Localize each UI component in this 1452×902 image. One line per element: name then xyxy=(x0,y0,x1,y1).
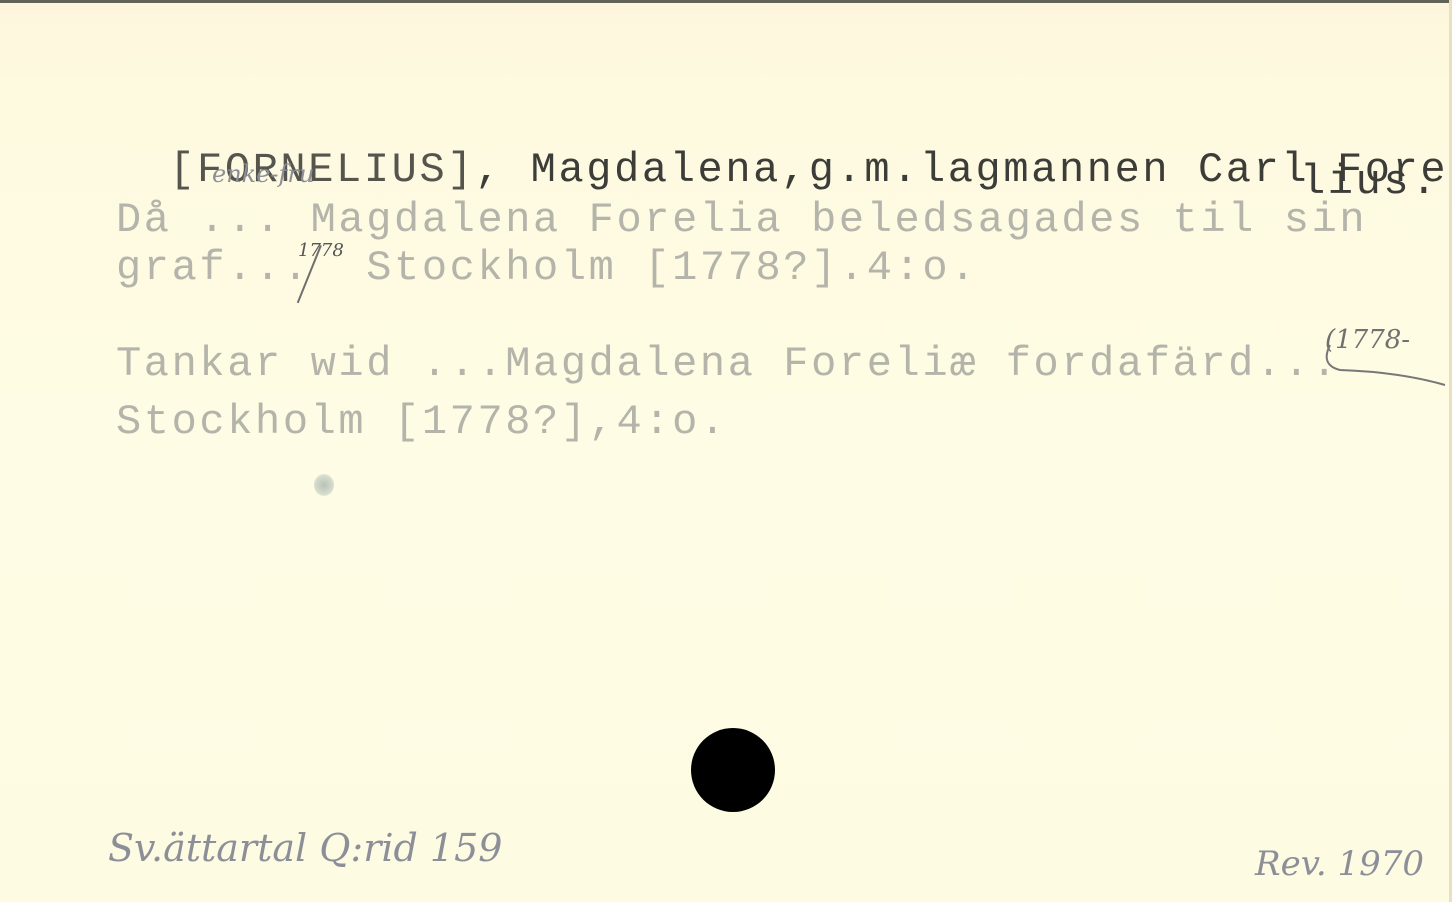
card-top-edge xyxy=(0,0,1452,3)
entry-1-line-1: Då ... Magdalena Forelia beledsagades ti… xyxy=(116,196,1367,244)
ink-smudge xyxy=(314,474,334,496)
handwritten-curve-mark xyxy=(1320,340,1450,390)
entry-1-line-2: graf... Stockholm [1778?].4:o. xyxy=(116,244,978,292)
footer-reference-note: Sv.ättartal Q:rid 159 xyxy=(108,826,502,870)
entry-2-line-2: Stockholm [1778?],4:o. xyxy=(116,398,728,446)
handwritten-date-1778: 1778 xyxy=(298,240,344,261)
entry-2-line-1: Tankar wid ...Magdalena Foreliæ fordafär… xyxy=(116,340,1339,388)
handwritten-annotation-enke-fru: enke-fru xyxy=(212,160,314,188)
catalog-card: [FORNELIUS], Magdalena,g.m.lagmannen Car… xyxy=(0,0,1452,902)
footer-revision-note: Rev. 1970 xyxy=(1255,844,1424,884)
card-punch-hole xyxy=(691,728,775,812)
